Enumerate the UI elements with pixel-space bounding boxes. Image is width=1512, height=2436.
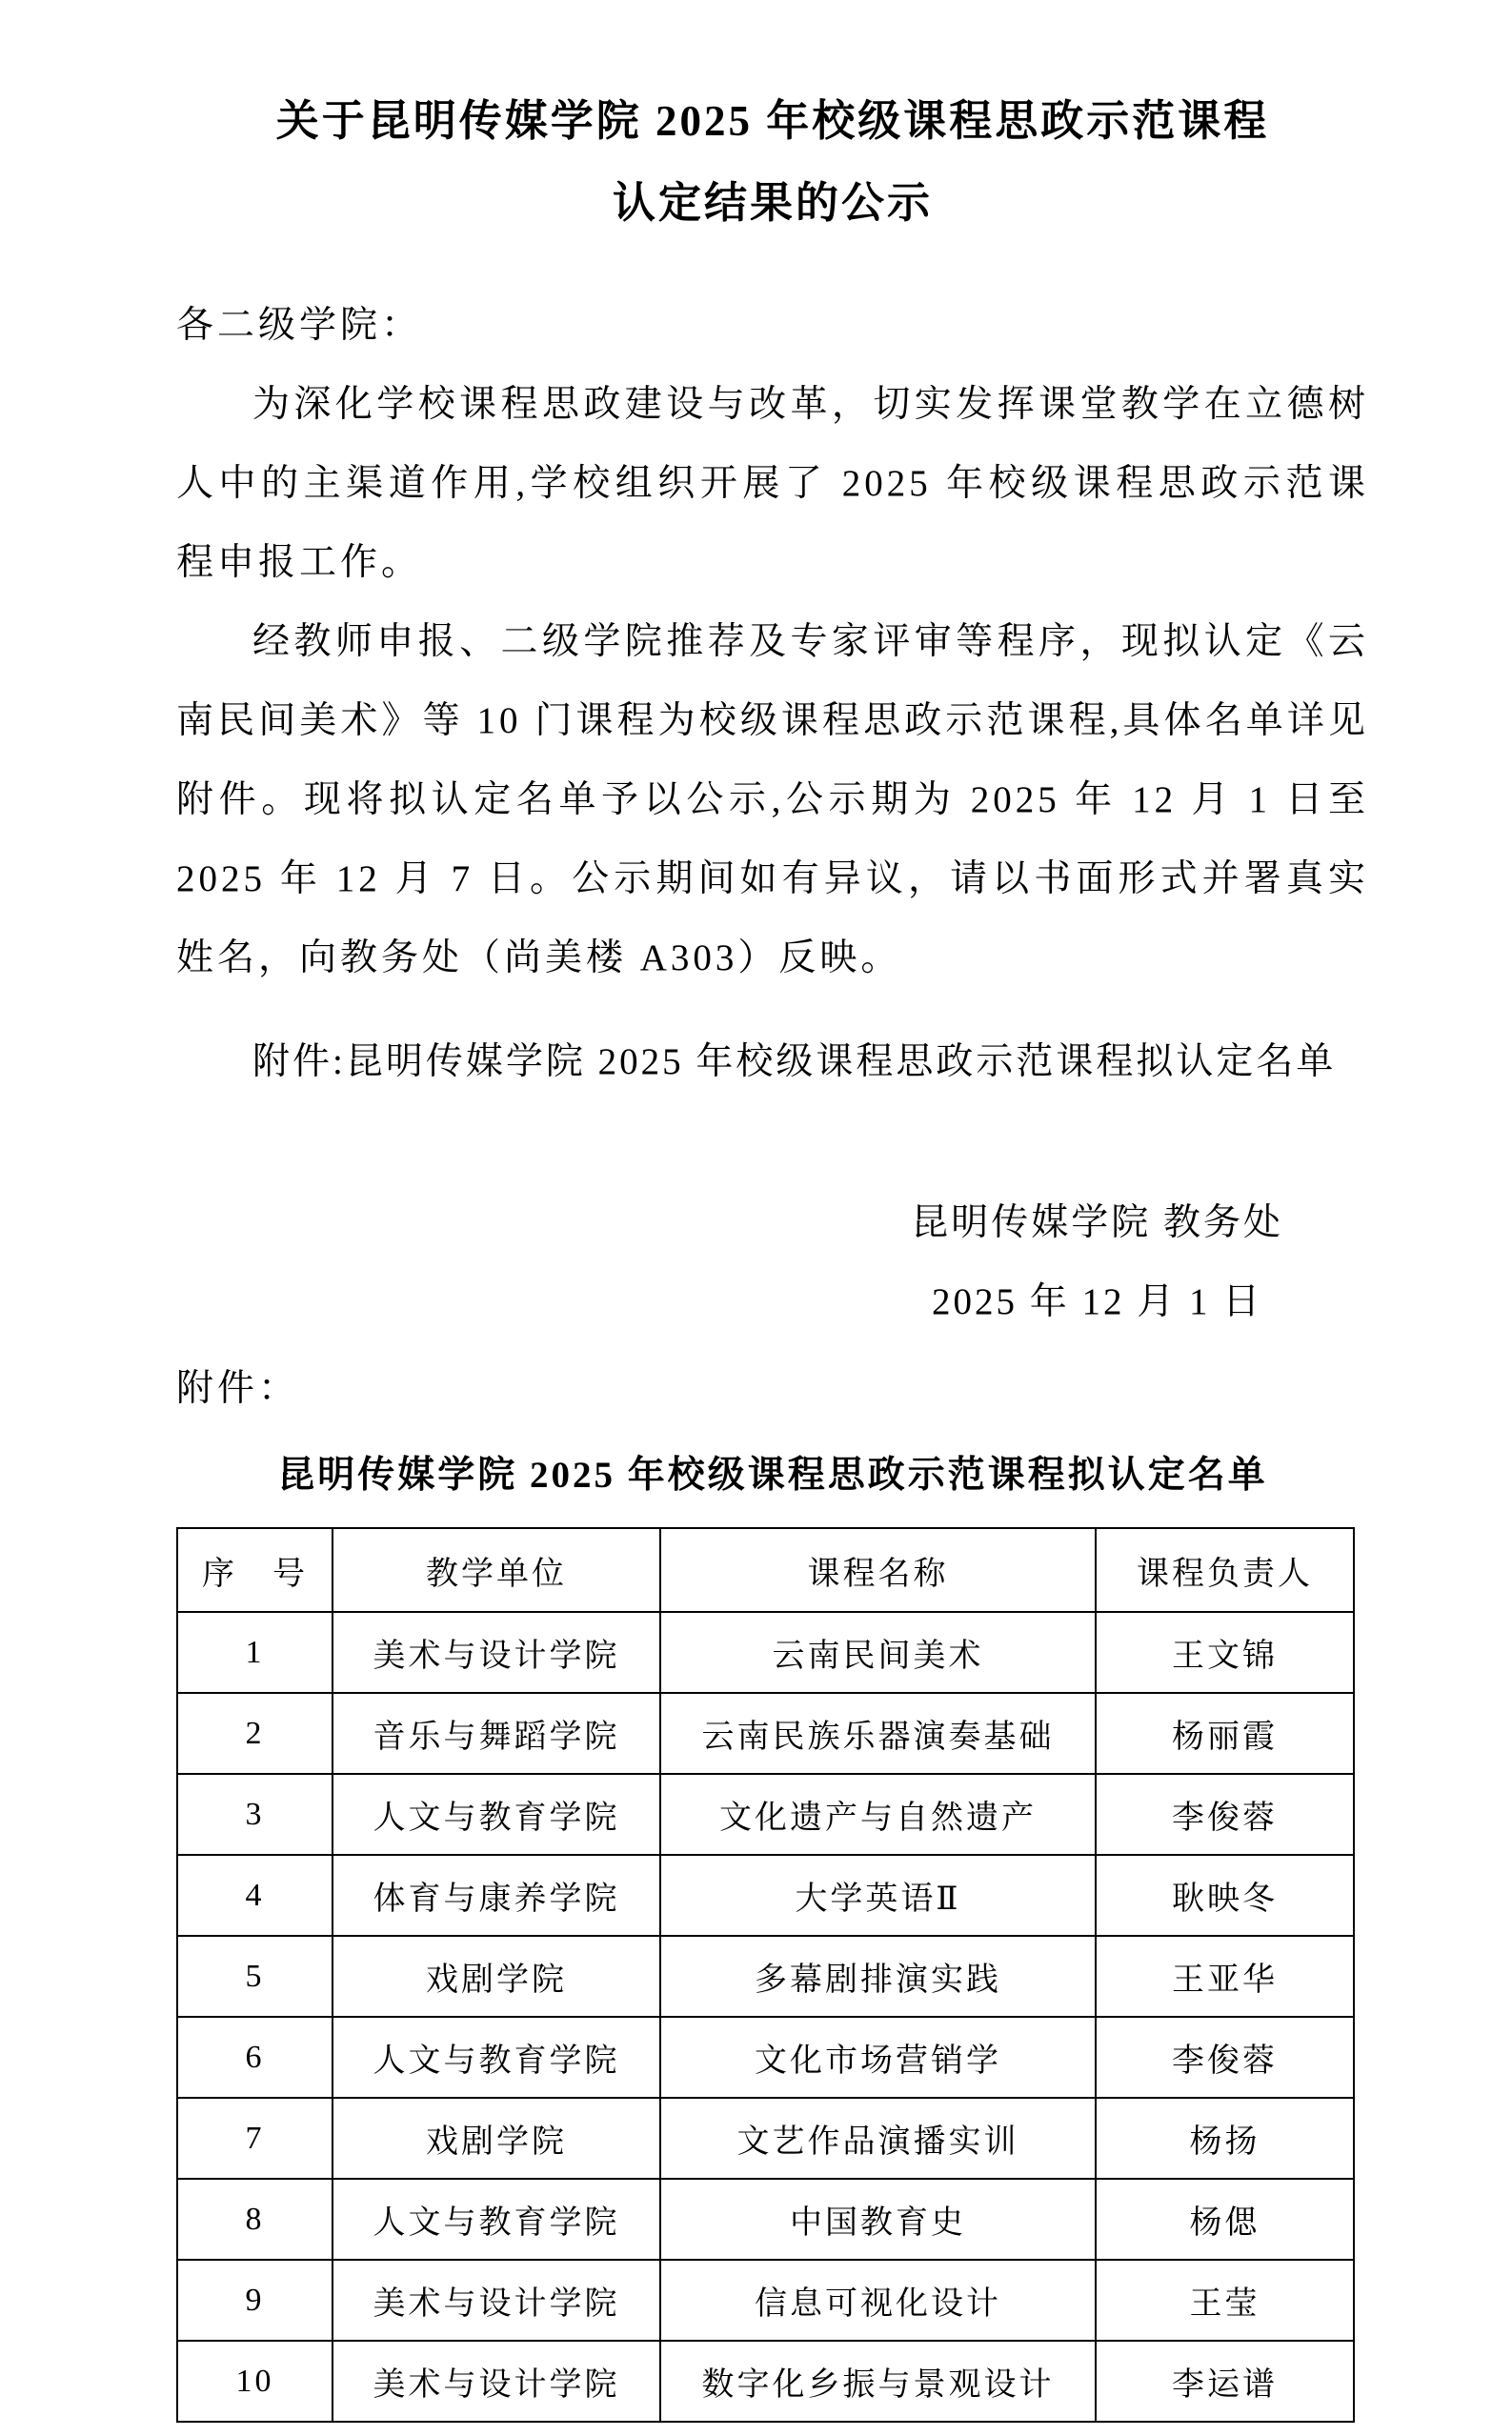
table-row: 2音乐与舞蹈学院云南民族乐器演奏基础杨丽霞 [177, 1693, 1354, 1774]
row-index: 2 [177, 1693, 333, 1774]
teaching-unit: 美术与设计学院 [333, 2260, 660, 2341]
header-cell-course-leader: 课程负责人 [1096, 1528, 1354, 1612]
course-name: 多幕剧排演实践 [660, 1936, 1096, 2017]
teaching-unit: 人文与教育学院 [333, 1774, 660, 1855]
appendix-label: 附件： [176, 1349, 1369, 1428]
document-title: 关于昆明传媒学院 2025 年校级课程思政示范课程 认定结果的公示 [176, 80, 1369, 244]
header-cell-teaching-unit: 教学单位 [333, 1528, 660, 1612]
header-cell-row-index: 序 号 [177, 1528, 333, 1612]
row-index: 1 [177, 1612, 333, 1693]
row-index: 8 [177, 2179, 333, 2260]
course-leader: 杨偲 [1096, 2179, 1354, 2260]
teaching-unit: 人文与教育学院 [333, 2179, 660, 2260]
table-row: 1美术与设计学院云南民间美术王文锦 [177, 1612, 1354, 1693]
row-index: 4 [177, 1855, 333, 1936]
table-row: 7戏剧学院文艺作品演播实训杨扬 [177, 2098, 1354, 2179]
teaching-unit: 音乐与舞蹈学院 [333, 1693, 660, 1774]
table-row: 5戏剧学院多幕剧排演实践王亚华 [177, 1936, 1354, 2017]
row-index: 10 [177, 2341, 333, 2422]
document-page: 关于昆明传媒学院 2025 年校级课程思政示范课程 认定结果的公示 各二级学院：… [0, 0, 1512, 2436]
body-paragraph-2: 经教师申报、二级学院推荐及专家评审等程序，现拟认定《云南民间美术》等 10 门课… [176, 602, 1369, 997]
row-index: 9 [177, 2260, 333, 2341]
results-table: 序 号教学单位课程名称课程负责人 1美术与设计学院云南民间美术王文锦2音乐与舞蹈… [176, 1527, 1355, 2423]
attachment-reference: 附件:昆明传媒学院 2025 年校级课程思政示范课程拟认定名单 [176, 1022, 1369, 1101]
header-cell-course-name: 课程名称 [660, 1528, 1096, 1612]
signature-date: 2025 年 12 月 1 日 [911, 1262, 1283, 1341]
appendix-table-title: 昆明传媒学院 2025 年校级课程思政示范课程拟认定名单 [176, 1438, 1369, 1514]
course-leader: 王亚华 [1096, 1936, 1354, 2017]
table-row: 3人文与教育学院文化遗产与自然遗产李俊蓉 [177, 1774, 1354, 1855]
salutation: 各二级学院： [176, 286, 1369, 365]
signature-org: 昆明传媒学院 教务处 [911, 1183, 1283, 1262]
course-leader: 李俊蓉 [1096, 2017, 1354, 2098]
course-name: 云南民间美术 [660, 1612, 1096, 1693]
row-index: 7 [177, 2098, 333, 2179]
document-title-line1: 关于昆明传媒学院 2025 年校级课程思政示范课程 [276, 97, 1270, 145]
row-index: 3 [177, 1774, 333, 1855]
course-name: 中国教育史 [660, 2179, 1096, 2260]
body-paragraph-1: 为深化学校课程思政建设与改革，切实发挥课堂教学在立德树人中的主渠道作用,学校组织… [176, 365, 1369, 602]
results-table-header: 序 号教学单位课程名称课程负责人 [177, 1528, 1354, 1612]
course-name: 文艺作品演播实训 [660, 2098, 1096, 2179]
course-leader: 李运谱 [1096, 2341, 1354, 2422]
course-leader: 耿映冬 [1096, 1855, 1354, 1936]
course-leader: 王莹 [1096, 2260, 1354, 2341]
course-leader: 杨丽霞 [1096, 1693, 1354, 1774]
course-name: 文化市场营销学 [660, 2017, 1096, 2098]
teaching-unit: 人文与教育学院 [333, 2017, 660, 2098]
teaching-unit: 美术与设计学院 [333, 2341, 660, 2422]
table-row: 4体育与康养学院大学英语Ⅱ耿映冬 [177, 1855, 1354, 1936]
course-name: 数字化乡振与景观设计 [660, 2341, 1096, 2422]
header-row: 序 号教学单位课程名称课程负责人 [177, 1528, 1354, 1612]
course-name: 信息可视化设计 [660, 2260, 1096, 2341]
teaching-unit: 体育与康养学院 [333, 1855, 660, 1936]
document-title-line2: 认定结果的公示 [613, 179, 933, 227]
teaching-unit: 美术与设计学院 [333, 1612, 660, 1693]
course-leader: 杨扬 [1096, 2098, 1354, 2179]
signature-block: 昆明传媒学院 教务处 2025 年 12 月 1 日 [176, 1183, 1369, 1341]
course-leader: 李俊蓉 [1096, 1774, 1354, 1855]
table-row: 6人文与教育学院文化市场营销学李俊蓉 [177, 2017, 1354, 2098]
table-row: 10美术与设计学院数字化乡振与景观设计李运谱 [177, 2341, 1354, 2422]
course-name: 云南民族乐器演奏基础 [660, 1693, 1096, 1774]
signature: 昆明传媒学院 教务处 2025 年 12 月 1 日 [911, 1183, 1369, 1341]
course-leader: 王文锦 [1096, 1612, 1354, 1693]
course-name: 大学英语Ⅱ [660, 1855, 1096, 1936]
row-index: 5 [177, 1936, 333, 2017]
teaching-unit: 戏剧学院 [333, 2098, 660, 2179]
results-table-body: 1美术与设计学院云南民间美术王文锦2音乐与舞蹈学院云南民族乐器演奏基础杨丽霞3人… [177, 1612, 1354, 2422]
table-row: 8人文与教育学院中国教育史杨偲 [177, 2179, 1354, 2260]
course-name: 文化遗产与自然遗产 [660, 1774, 1096, 1855]
row-index: 6 [177, 2017, 333, 2098]
teaching-unit: 戏剧学院 [333, 1936, 660, 2017]
table-row: 9美术与设计学院信息可视化设计王莹 [177, 2260, 1354, 2341]
